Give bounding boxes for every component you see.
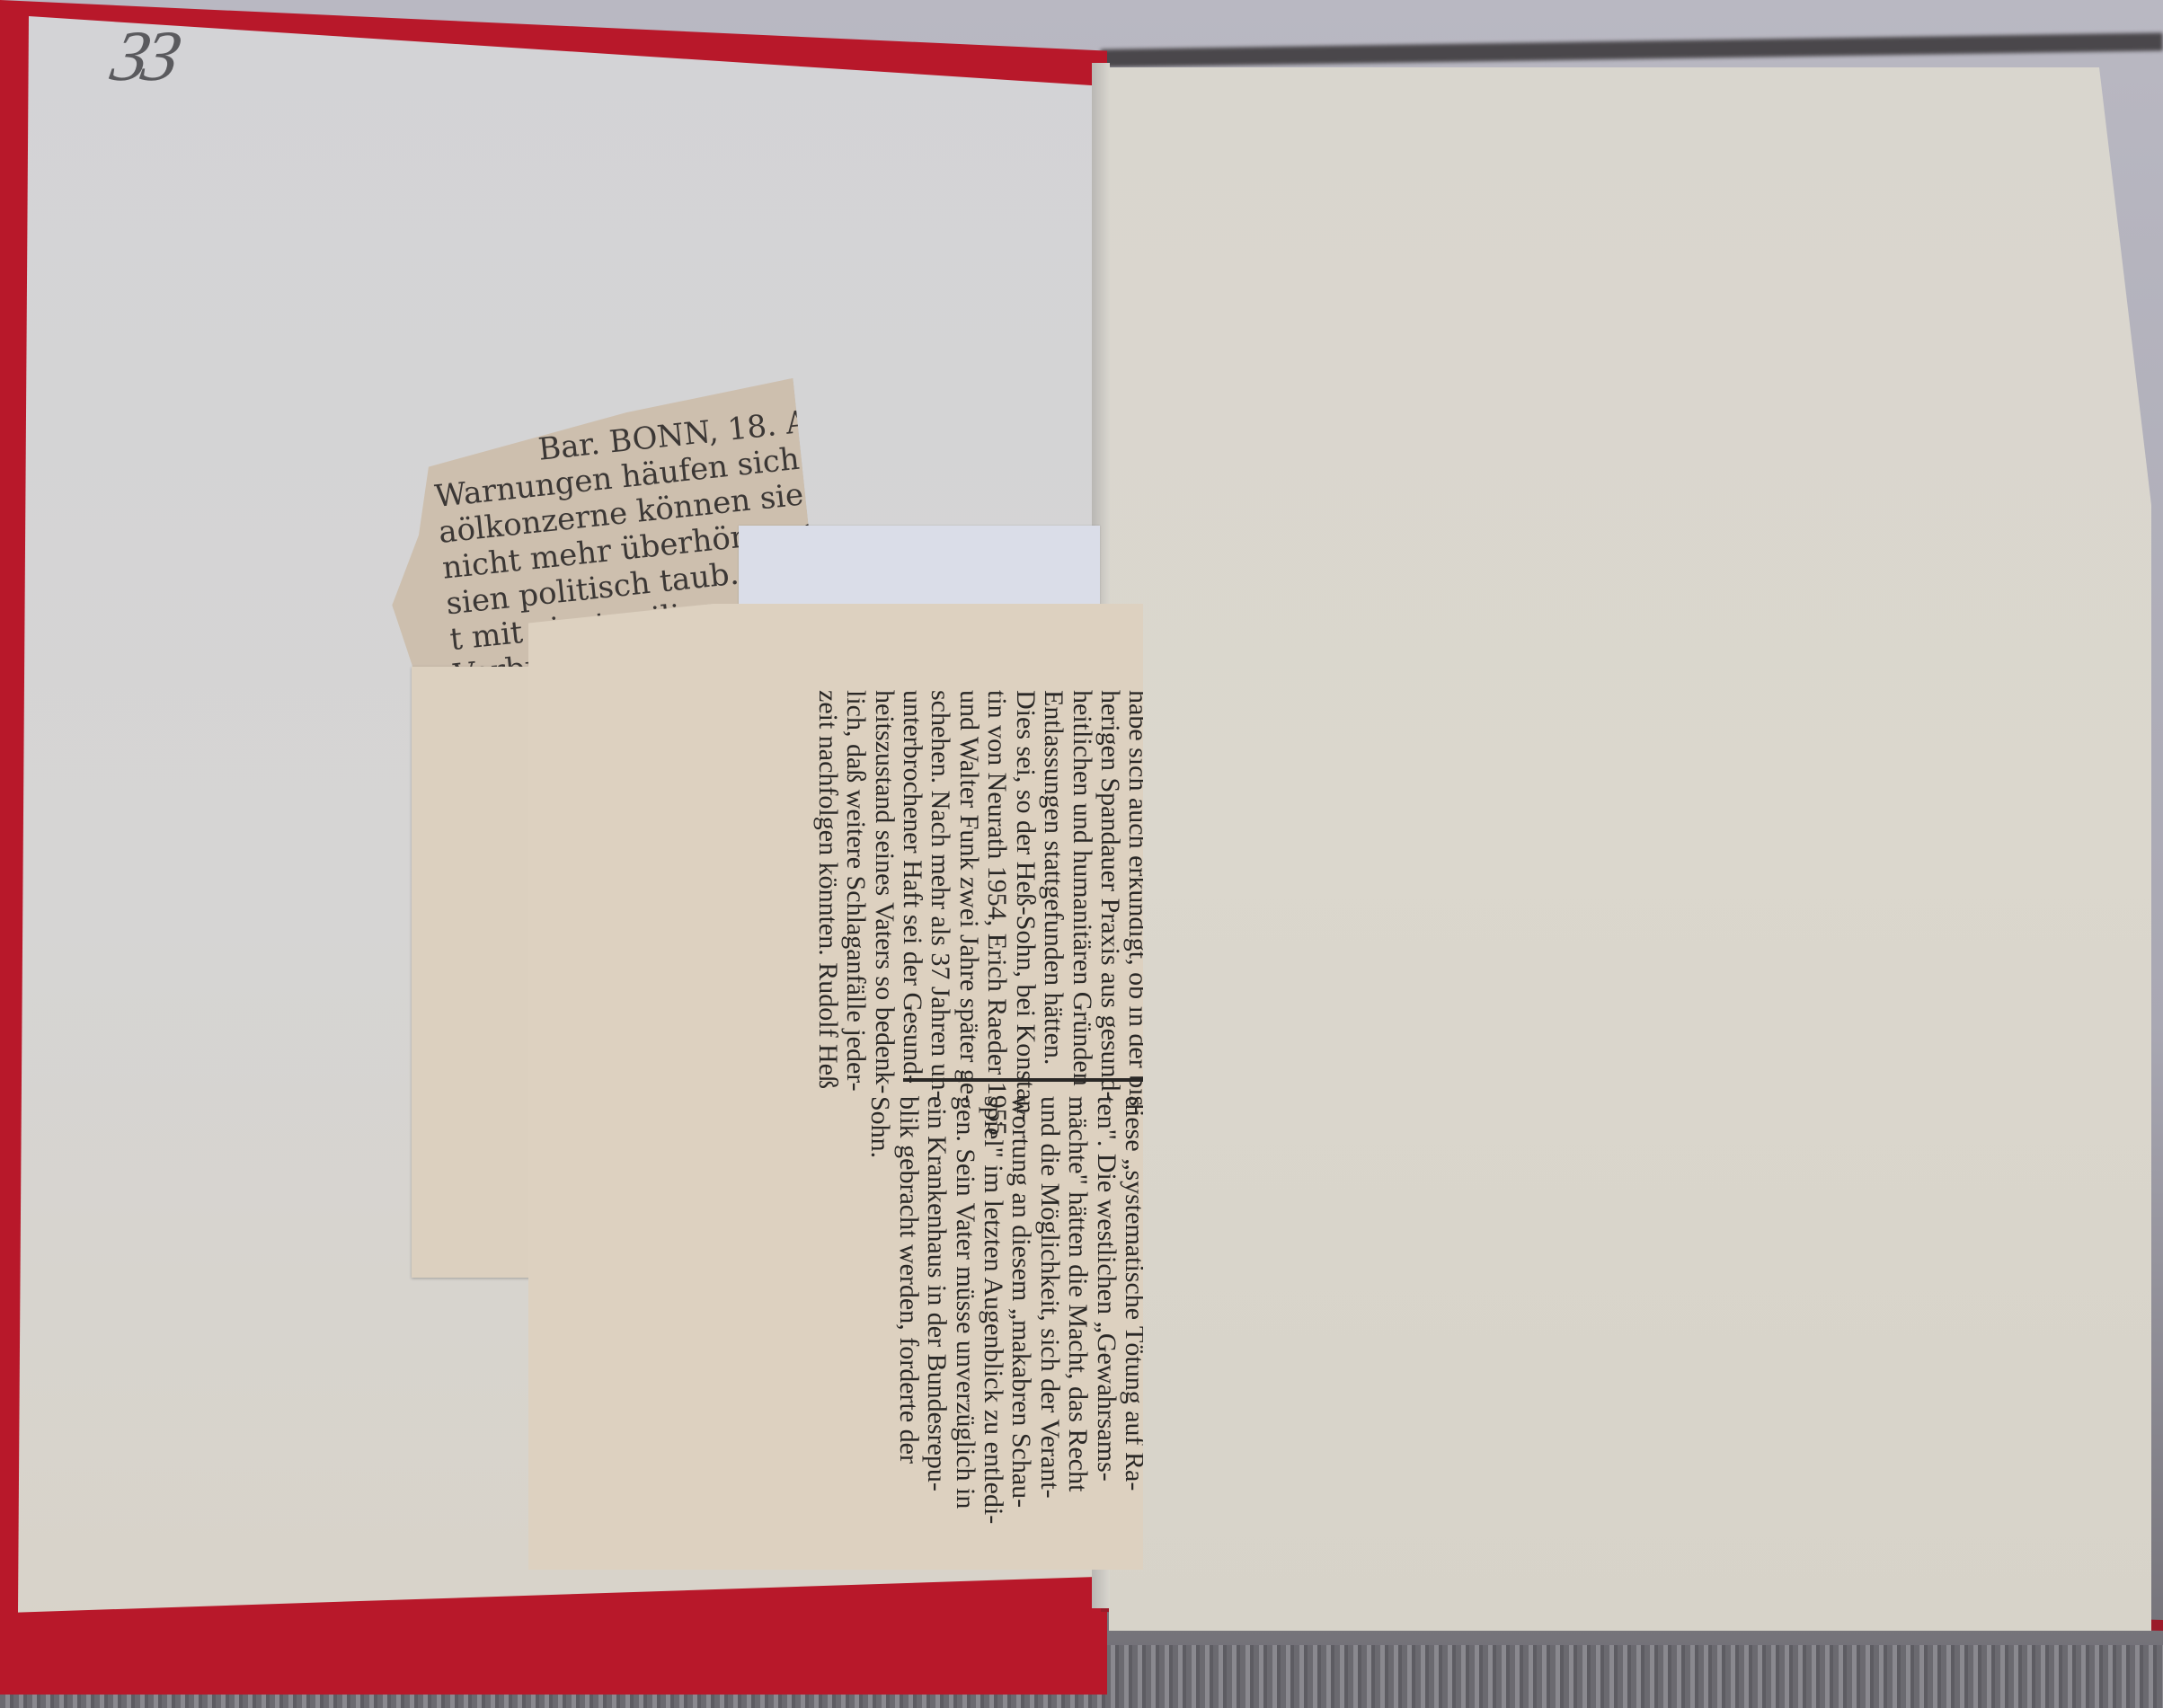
text-line: wortung an diesem „makabren Schau- bbox=[1007, 1096, 1035, 1563]
text-line: gen. Sein Vater müsse unverzüglich in bbox=[951, 1096, 979, 1563]
text-line: tin von Neurath 1954, Erich Raeder 1955 bbox=[983, 690, 1011, 1067]
right-page bbox=[1109, 67, 2151, 1631]
text-line: ten". Die westlichen „Gewahrsams- bbox=[1092, 1096, 1120, 1563]
text-line: spiel" im letzten Augenblick zu entledi- bbox=[980, 1096, 1007, 1563]
text-line: lich, daß weitere Schlaganfälle jeder- bbox=[842, 690, 870, 1067]
text-line: blik gebracht werden, forderte der bbox=[894, 1096, 922, 1563]
text-line: zeit nachfolgen könnten. Rudolf Heß bbox=[813, 690, 841, 1067]
text-line: herigen Spandauer Praxis aus gesund- bbox=[1096, 690, 1124, 1067]
text-line: heitlichen und humanitären Gründen bbox=[1068, 690, 1095, 1067]
text-line: Dies sei, so der Heß-Sohn, bei Konstan- bbox=[1011, 690, 1039, 1067]
text-line: Entlassungen stattgefunden hätten. bbox=[1040, 690, 1068, 1067]
text-line: ein Krankenhaus in der Bundesrepu- bbox=[923, 1096, 951, 1563]
clipping-hess-article: Heß will Gesuch auf Haftentlassung stell… bbox=[528, 604, 1143, 1570]
text-line: mächte" hätten die Macht, das Recht bbox=[1064, 1096, 1092, 1563]
text-line: und Walter Funk zwei Jahre später ge- bbox=[955, 690, 983, 1067]
text-line: heitszustand seines Vaters so bedenk- bbox=[870, 690, 898, 1067]
text-line: schehen. Nach mehr als 37 Jahren un- bbox=[926, 690, 954, 1067]
text-line: unterbrochener Haft sei der Gesund- bbox=[899, 690, 926, 1067]
text-line: Sohn. bbox=[866, 1096, 894, 1563]
text-line: und die Möglichkeit, sich der Verant- bbox=[1036, 1096, 1064, 1563]
